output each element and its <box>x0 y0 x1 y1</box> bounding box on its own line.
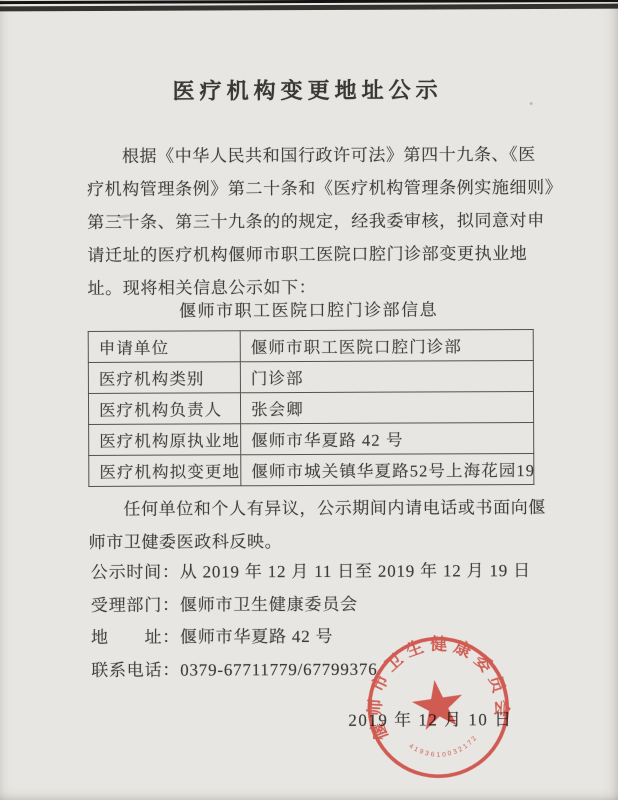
paragraph-line: 疗机构管理条例》第二十条和《医疗机构管理条例实施细则》 <box>87 171 537 206</box>
paragraph-line: 请迁址的医疗机构偃师市职工医院口腔门诊部变更执业地 <box>87 237 537 272</box>
row-value: 偃师市职工医院口腔门诊部 <box>240 330 533 362</box>
table-caption: 偃师市职工医院口腔门诊部信息 <box>0 295 618 323</box>
table-row: 医疗机构拟变更地址 偃师市城关镇华夏路52号上海花园19号楼下 <box>89 454 534 487</box>
closing-paragraph: 任何单位和个人有异议，公示期间内请电话或书面向偃 师市卫健委医政科反映。 <box>88 491 538 559</box>
seal-star-icon <box>409 676 466 731</box>
row-value: 门诊部 <box>240 361 533 393</box>
seal-code: 4193610032172 <box>407 733 482 764</box>
publicity-period-line: 公示时间：从 2019 年 12 月 11 日至 2019 年 12 月 19 … <box>91 555 531 589</box>
scanned-document-page: 医疗机构变更地址公示 根据《中华人民共和国行政许可法》第四十九条、《医 疗机构管… <box>0 0 618 800</box>
table-row: 医疗机构负责人 张会卿 <box>88 392 533 425</box>
row-value: 张会卿 <box>240 392 533 424</box>
paragraph-line: 第三十条、第三十九条的的规定，经我委审核，拟同意对申 <box>87 204 537 239</box>
table-row: 申请单位 偃师市职工医院口腔门诊部 <box>88 330 533 363</box>
row-label: 申请单位 <box>88 331 240 363</box>
accepting-department-line: 受理部门：偃师市卫生健康委员会 <box>91 588 531 622</box>
row-label: 医疗机构类别 <box>88 362 240 394</box>
notice-title: 医疗机构变更地址公示 <box>0 73 617 107</box>
table-row: 医疗机构原执业地址 偃师市华夏路 42 号 <box>89 423 534 456</box>
document-content: 医疗机构变更地址公示 根据《中华人民共和国行政许可法》第四十九条、《医 疗机构管… <box>0 0 618 800</box>
row-value: 偃师市华夏路 42 号 <box>241 423 534 455</box>
scan-smudge <box>530 102 533 105</box>
row-label: 医疗机构拟变更地址 <box>89 455 241 487</box>
paragraph-line: 任何单位和个人有异议，公示期间内请电话或书面向偃 <box>88 491 538 526</box>
table-row: 医疗机构类别 门诊部 <box>88 361 533 394</box>
institution-info-table: 申请单位 偃师市职工医院口腔门诊部 医疗机构类别 门诊部 医疗机构负责人 张会卿… <box>88 329 535 487</box>
row-value: 偃师市城关镇华夏路52号上海花园19号楼下 <box>241 454 534 486</box>
row-label: 医疗机构原执业地址 <box>89 424 241 456</box>
intro-paragraph: 根据《中华人民共和国行政许可法》第四十九条、《医 疗机构管理条例》第二十条和《医… <box>87 138 538 305</box>
paragraph-line: 根据《中华人民共和国行政许可法》第四十九条、《医 <box>87 138 537 173</box>
paragraph-line: 师市卫健委医政科反映。 <box>89 524 539 559</box>
official-seal: 偃师市卫生健康委员会 4193610032172 <box>351 620 526 795</box>
row-label: 医疗机构负责人 <box>88 393 240 425</box>
